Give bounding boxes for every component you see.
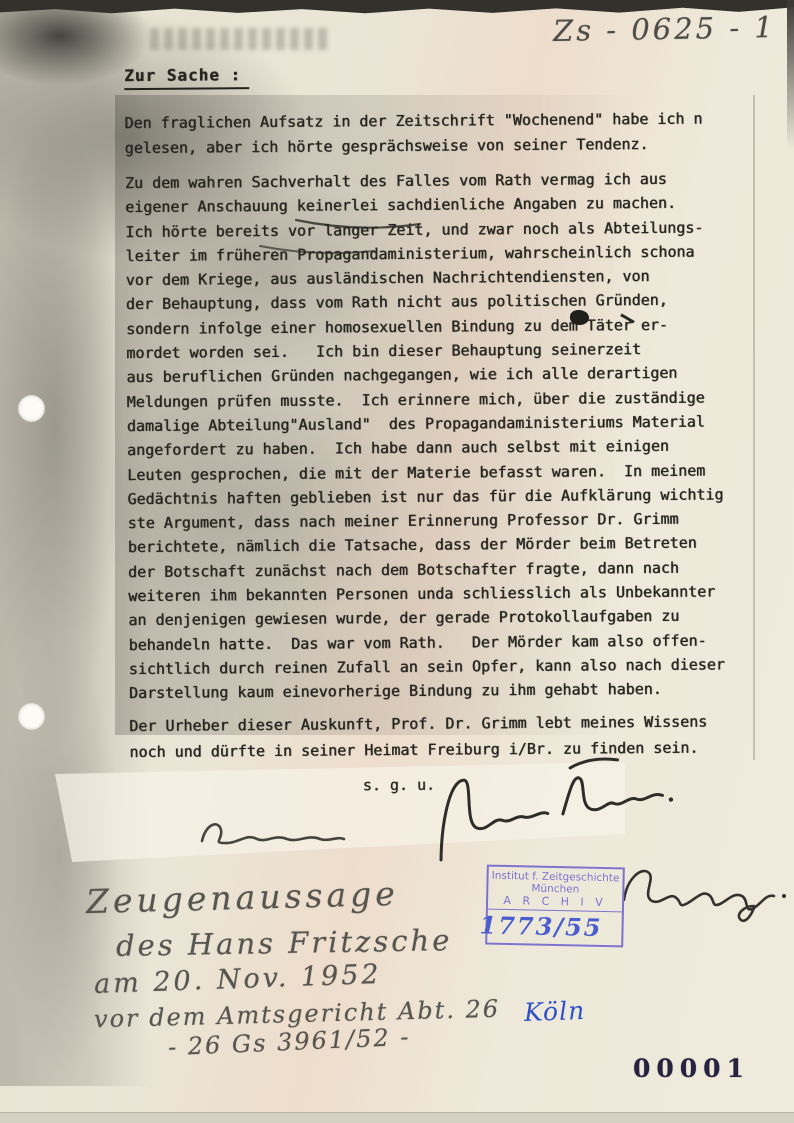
typed-letter: Zur Sache : Den fraglichen Aufsatz in de… [0, 0, 794, 1123]
typed-line: gelesen, aber ich hörte gesprächsweise v… [125, 132, 703, 162]
stamp-line-archiv: A R C H I V [490, 894, 620, 910]
signoff-sgu: s. g. u. [363, 776, 435, 795]
scanned-document-page: Zs - 0625 - 1 Zur Sache : Den fraglichen… [0, 0, 794, 1123]
paragraph-3: Der Urheber dieser Auskunft, Prof. Dr. G… [129, 709, 707, 766]
stamp-text-block: Institut f. Zeitgeschichte München A R C… [488, 867, 623, 913]
paragraph-2: Zu dem wahren Sachverhalt des Falles vom… [125, 166, 725, 705]
typed-line: Darstellung kaum einevorherige Bindung z… [129, 677, 725, 706]
paragraph-1: Den fraglichen Aufsatz in der Zeitschrif… [124, 107, 702, 162]
ifz-archive-stamp: Institut f. Zeitgeschichte München A R C… [485, 865, 625, 948]
archive-number-handwriting: 1773/55 [479, 909, 622, 945]
subject-heading: Zur Sache : [124, 65, 249, 90]
typed-line: noch und dürfte in seiner Heimat Freibur… [129, 735, 707, 766]
